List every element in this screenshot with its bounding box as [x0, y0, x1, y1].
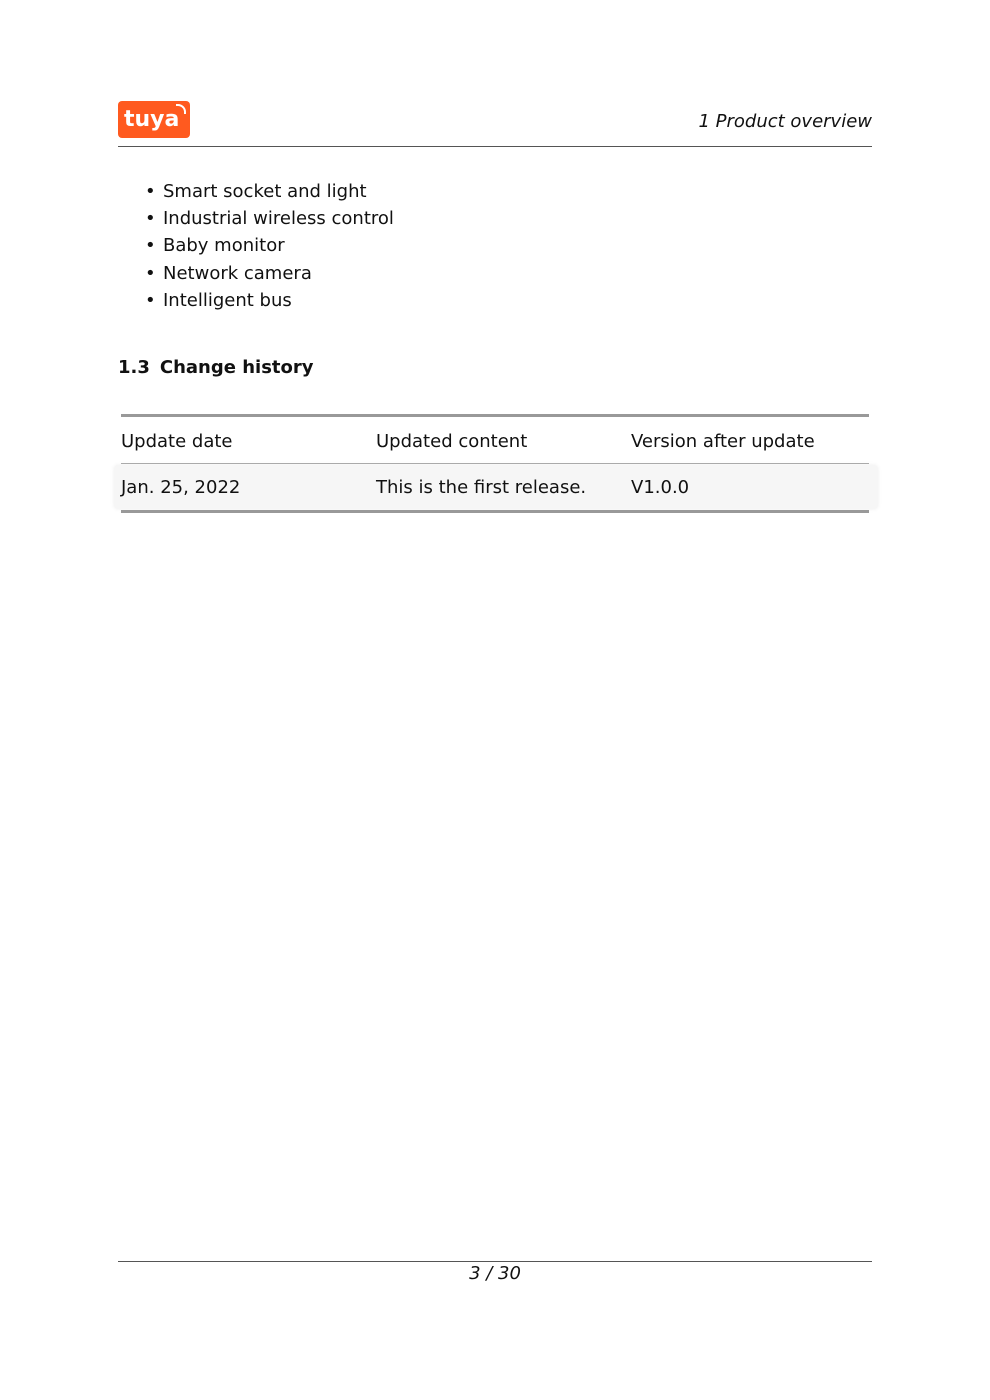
cell-version: V1.0.0: [631, 477, 689, 498]
tuya-logo: tuya: [118, 101, 190, 138]
header-updated-content: Updated content: [376, 431, 527, 452]
table-header-rule: [121, 463, 869, 464]
bullet-icon: •: [145, 178, 163, 205]
application-list: •Smart socket and light •Industrial wire…: [145, 178, 394, 314]
list-item: •Baby monitor: [145, 232, 394, 259]
bullet-icon: •: [145, 232, 163, 259]
table-bottom-rule: [121, 510, 869, 513]
header-version: Version after update: [631, 431, 815, 452]
table-top-rule: [121, 414, 869, 417]
bullet-icon: •: [145, 260, 163, 287]
list-item: •Intelligent bus: [145, 287, 394, 314]
logo-text: tuya: [124, 107, 179, 132]
header-divider: [118, 146, 872, 147]
page-number: 3 / 30: [0, 1263, 990, 1284]
running-head: 1 Product overview: [698, 111, 872, 132]
section-heading: 1.3Change history: [118, 357, 314, 378]
bullet-icon: •: [145, 287, 163, 314]
cell-update-date: Jan. 25, 2022: [121, 477, 240, 498]
list-item: •Smart socket and light: [145, 178, 394, 205]
list-item: •Network camera: [145, 260, 394, 287]
wifi-signal-icon: [176, 104, 186, 114]
footer-divider: [118, 1261, 872, 1262]
header-update-date: Update date: [121, 431, 233, 452]
cell-updated-content: This is the first release.: [376, 477, 586, 498]
bullet-icon: •: [145, 205, 163, 232]
section-number: 1.3: [118, 357, 150, 378]
list-item: •Industrial wireless control: [145, 205, 394, 232]
section-title: Change history: [160, 357, 314, 378]
